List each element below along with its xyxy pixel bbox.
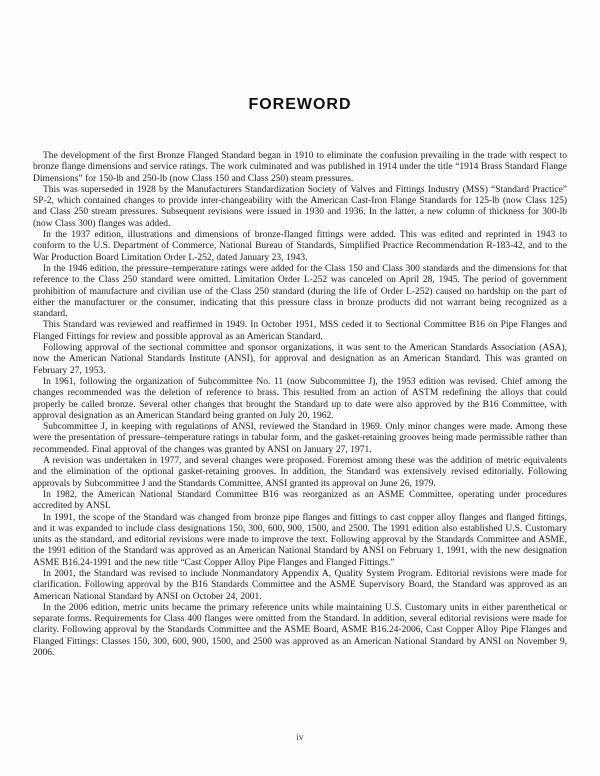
foreword-paragraph: Subcommittee J, in keeping with regulati…	[33, 422, 567, 456]
foreword-paragraph: In the 1946 edition, the pressure–temper…	[33, 264, 567, 320]
foreword-paragraph: In 2001, the Standard was revised to inc…	[33, 569, 567, 603]
foreword-paragraph: A revision was undertaken in 1977, and s…	[33, 456, 567, 490]
foreword-paragraph: This Standard was reviewed and reaffirme…	[33, 320, 567, 343]
page-number: iv	[0, 733, 600, 743]
foreword-paragraph: In 1982, the American National Standard …	[33, 490, 567, 513]
foreword-paragraph: Following approval of the sectional comm…	[33, 343, 567, 377]
foreword-paragraph: The development of the first Bronze Flan…	[33, 151, 567, 185]
foreword-body: The development of the first Bronze Flan…	[33, 151, 567, 659]
foreword-paragraph: In 1991, the scope of the Standard was c…	[33, 513, 567, 569]
foreword-paragraph: In the 1937 edition, illustrations and d…	[33, 230, 567, 264]
page-title: FOREWORD	[0, 96, 600, 114]
foreword-paragraph: In the 2006 edition, metric units became…	[33, 603, 567, 659]
foreword-paragraph: In 1961, following the organization of S…	[33, 377, 567, 422]
foreword-paragraph: This was superseded in 1928 by the Manuf…	[33, 185, 567, 230]
document-page: FOREWORD The development of the first Br…	[0, 0, 600, 776]
